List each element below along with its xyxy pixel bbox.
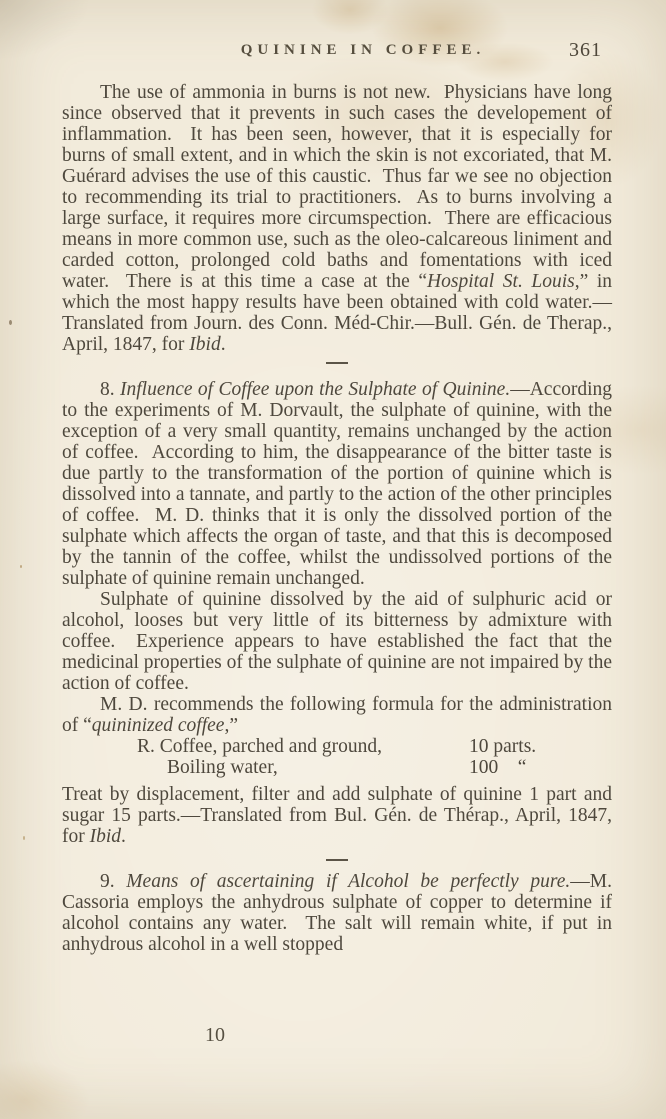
text-run: .	[121, 826, 126, 847]
text-run: .	[221, 334, 226, 355]
text-run: Treat by displacement, filter and add su…	[62, 784, 612, 847]
text-run-italic: Hospital St. Louis	[427, 271, 575, 292]
section-number: 8.	[100, 379, 120, 400]
page-body: The use of ammonia in burns is not new. …	[62, 82, 612, 955]
book-page: QUININE IN COFFEE. 361 The use of ammoni…	[0, 0, 666, 1119]
text-run: The use of ammonia in burns is not new. …	[62, 82, 612, 292]
ink-speck	[20, 565, 22, 568]
running-head: QUININE IN COFFEE. 361	[62, 42, 604, 66]
paragraph-section8-opening: 8. Influence of Coffee upon the Sulphate…	[62, 379, 612, 589]
formula-row: Boiling water, 100 “	[137, 757, 609, 778]
section-title-italic: Influence of Coffee upon the Sulphate of…	[120, 379, 510, 400]
paragraph-treat-instructions: Treat by displacement, filter and add su…	[62, 784, 612, 847]
text-run: —According to the experiments of M. Dorv…	[62, 379, 612, 589]
formula-amount: 10 parts.	[469, 736, 609, 757]
page-number: 361	[569, 39, 602, 62]
paragraph-sulphate-dissolved: Sulphate of quinine dissolved by the aid…	[62, 589, 612, 694]
paragraph-formula-intro: M. D. recommends the following formula f…	[62, 694, 612, 736]
running-title: QUININE IN COFFEE.	[92, 42, 634, 59]
text-run-italic: Ibid	[189, 334, 220, 355]
ink-speck	[23, 836, 25, 840]
formula-ingredient: Boiling water,	[137, 757, 469, 778]
text-run-italic: quininized coffee	[92, 715, 225, 736]
ink-speck	[9, 320, 12, 325]
paragraph-section9-opening: 9. Means of ascertaining if Alcohol be p…	[62, 871, 612, 955]
formula-block: R. Coffee, parched and ground, 10 parts.…	[137, 736, 609, 778]
text-run: ,”	[224, 715, 238, 736]
signature-mark: 10	[205, 1024, 225, 1047]
section-divider	[326, 859, 348, 861]
formula-row: R. Coffee, parched and ground, 10 parts.	[137, 736, 609, 757]
section-number: 9.	[100, 871, 126, 892]
paragraph-ammonia: The use of ammonia in burns is not new. …	[62, 82, 612, 355]
text-run-italic: Ibid	[90, 826, 121, 847]
section-title-italic: Means of ascertaining if Alcohol be perf…	[126, 871, 570, 892]
formula-ingredient: R. Coffee, parched and ground,	[137, 736, 469, 757]
formula-amount: 100 “	[469, 757, 609, 778]
section-divider	[326, 362, 348, 364]
